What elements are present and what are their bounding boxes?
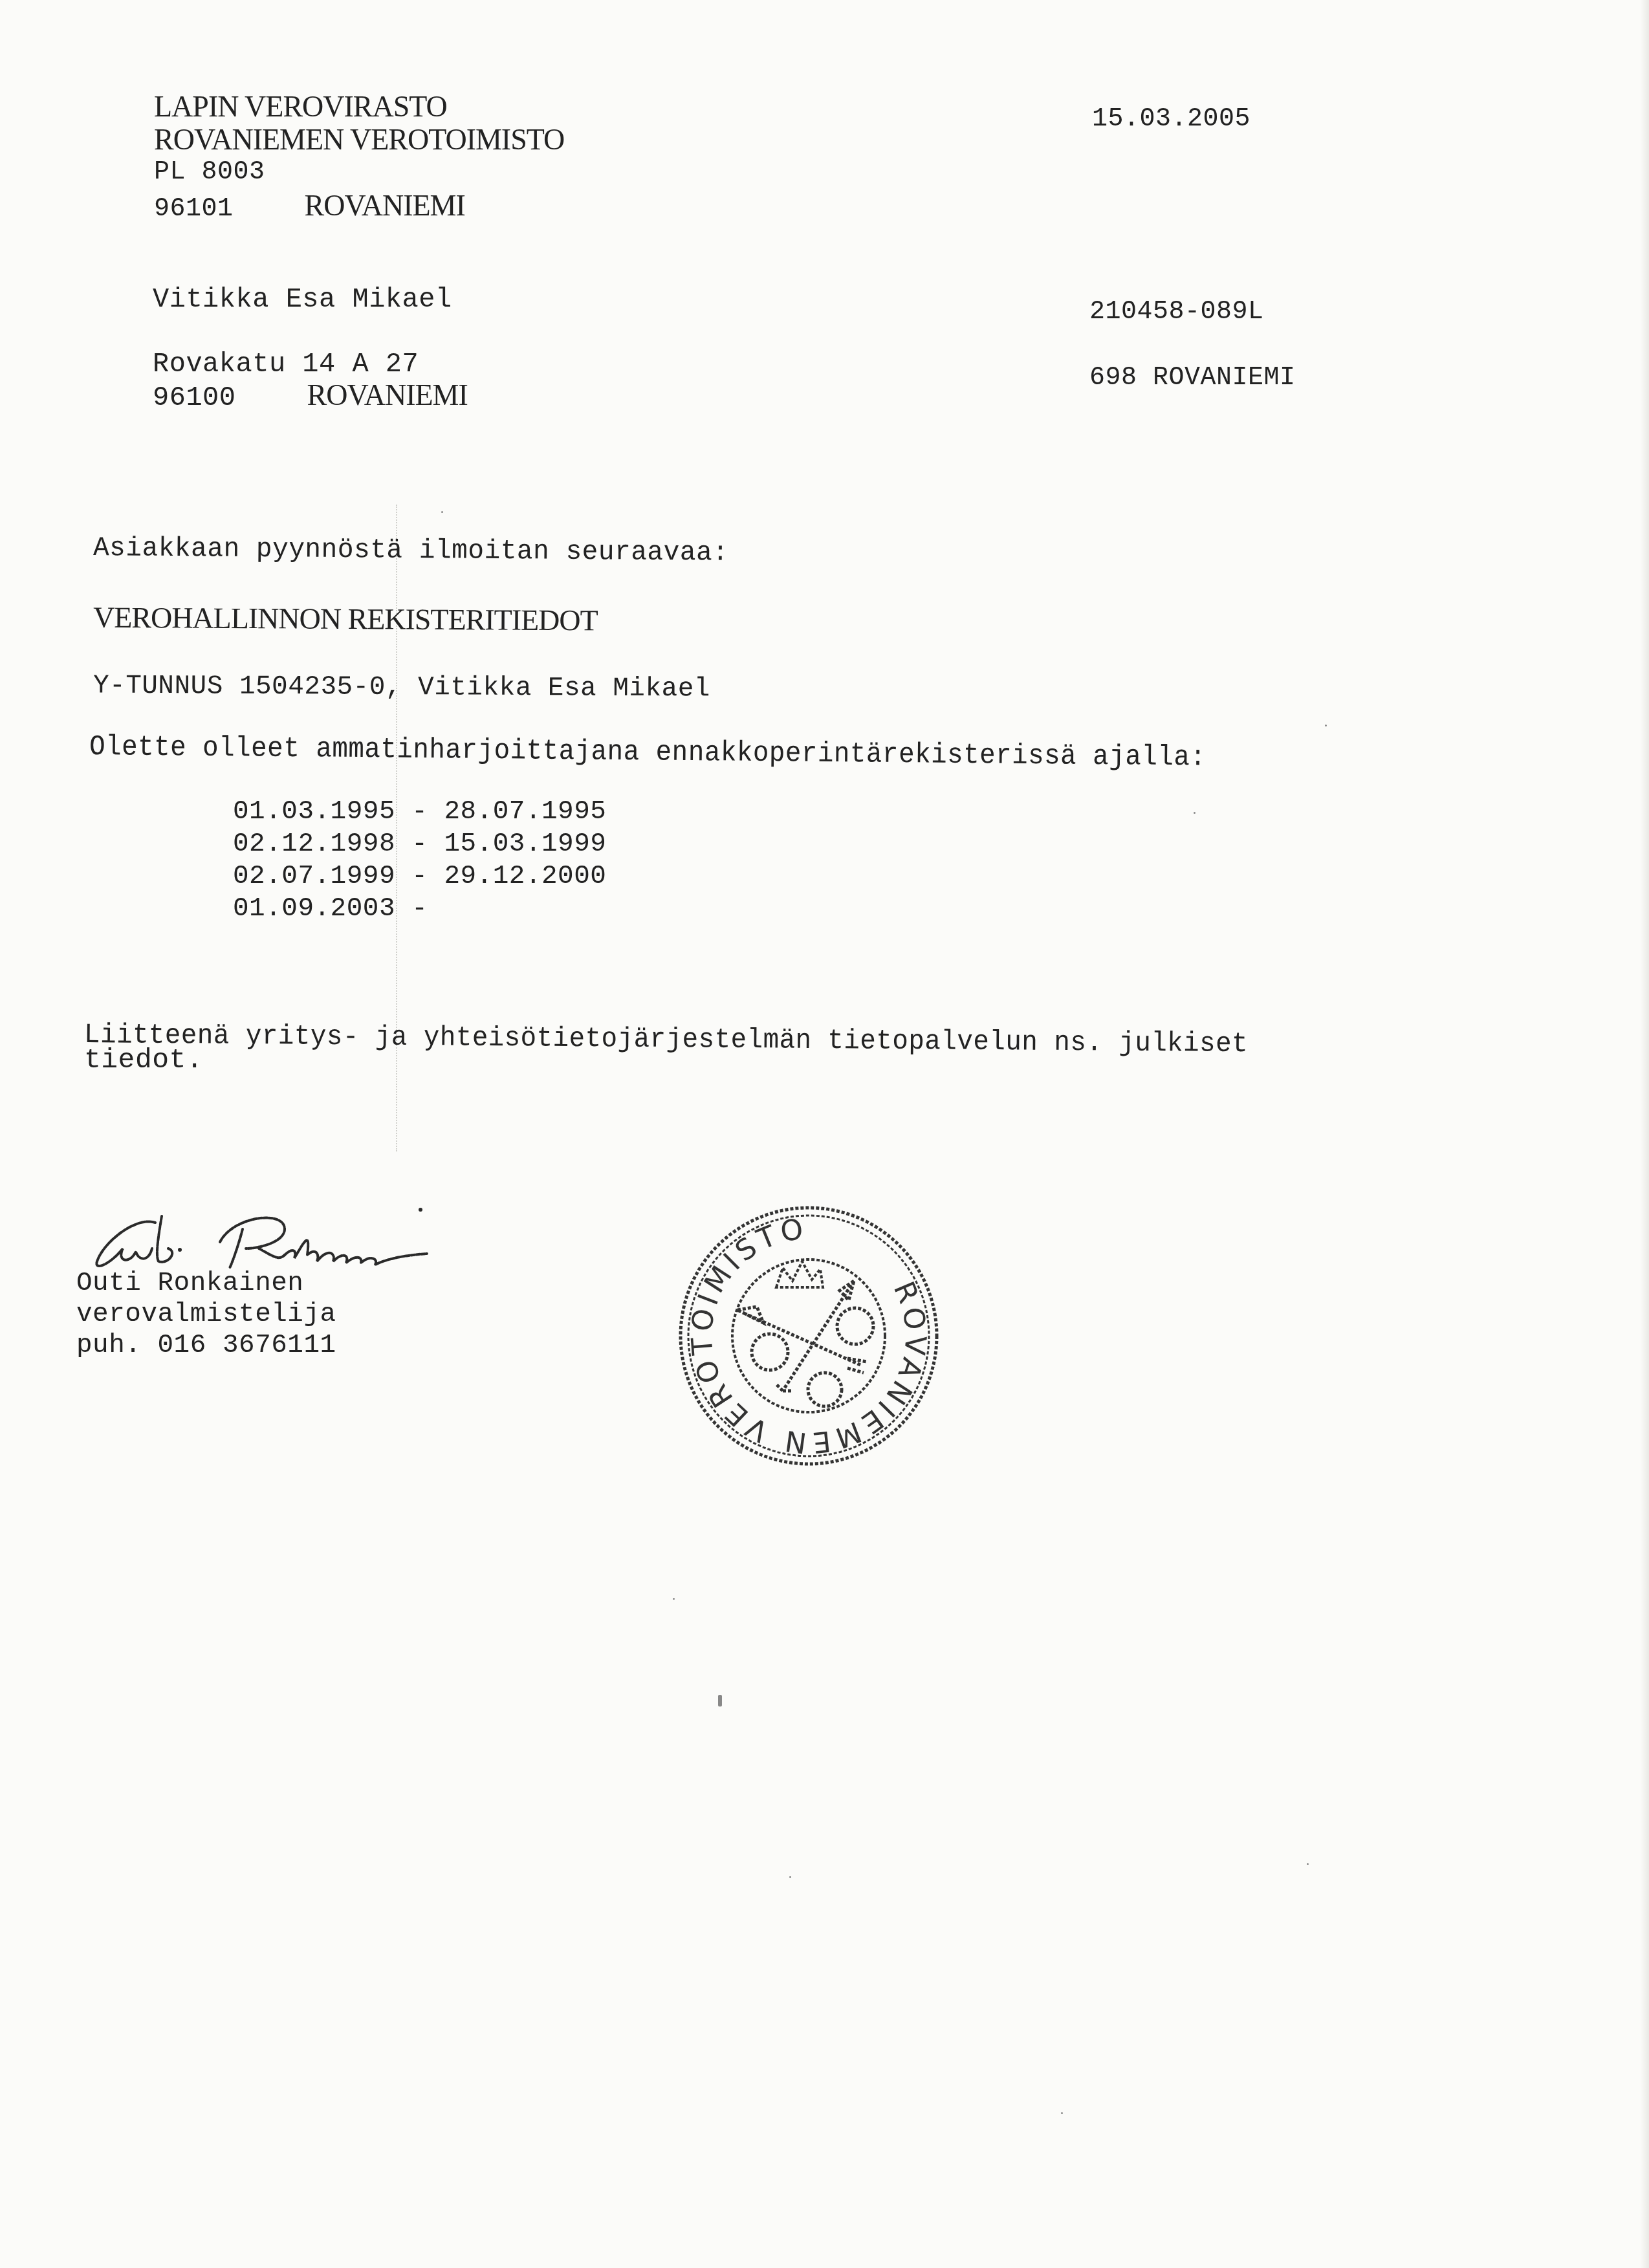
period-start: 02.07.1999 <box>233 862 395 891</box>
attachment-text-line1: Liitteenä yritys- ja yhteisötietojärjest… <box>84 1019 1249 1060</box>
sender-line: PL 8003 <box>154 157 564 189</box>
attachment-text-line2: tiedot. <box>84 1044 203 1076</box>
intro-text: Asiakkaan pyynnöstä ilmoitan seuraavaa: <box>93 532 729 569</box>
recipient-name: Vitikka Esa Mikael <box>153 283 452 316</box>
signer-name: Outi Ronkainen <box>76 1268 336 1299</box>
signer-phone: puh. 016 3676111 <box>76 1330 336 1361</box>
period-row: 01.03.1995 - 28.07.1995 <box>233 796 606 828</box>
period-separator: - <box>411 894 428 924</box>
scan-speck <box>441 511 443 513</box>
period-row: 02.07.1999 - 29.12.2000 <box>233 860 606 893</box>
registration-statement: Olette olleet ammatinharjoittajana ennak… <box>89 731 1207 774</box>
signature-block: Outi Ronkainen verovalmistelija puh. 016… <box>76 1268 336 1361</box>
recipient-municipality: 698 ROVANIEMI <box>1089 362 1296 395</box>
period-separator: - <box>411 797 428 827</box>
period-end: 15.03.1999 <box>444 829 606 859</box>
period-row: 02.12.1998 - 15.03.1999 <box>233 828 606 860</box>
scan-speck <box>1061 2112 1063 2114</box>
scan-speck <box>673 1598 675 1600</box>
tax-office-seal-icon: ROVANIEMEN VEROTOIMISTO <box>666 1197 951 1475</box>
sender-city: ROVANIEMI <box>305 189 465 222</box>
letter-date: 15.03.2005 <box>1092 104 1250 136</box>
period-row: 01.09.2003 - <box>233 893 606 925</box>
sender-postal-code: 96101 <box>154 195 234 224</box>
sender-address: LAPIN VEROVIRASTO ROVANIEMEN VEROTOIMIST… <box>154 91 564 226</box>
register-heading: VEROHALLINNON REKISTERITIEDOT <box>93 602 598 637</box>
period-separator: - <box>411 829 428 859</box>
recipient-postal-line: 96100ROVANIEMI <box>153 379 468 414</box>
recipient-street: Rovakatu 14 A 27 <box>153 348 419 380</box>
scan-speck <box>789 1876 791 1878</box>
scanned-letter: LAPIN VEROVIRASTO ROVANIEMEN VEROTOIMIST… <box>0 0 1649 2268</box>
period-end: 29.12.2000 <box>444 862 606 891</box>
scan-speck <box>1307 1863 1309 1865</box>
scan-speck <box>1325 725 1327 726</box>
scan-speck <box>718 1695 722 1706</box>
recipient-city: ROVANIEMI <box>307 378 468 411</box>
period-end: 28.07.1995 <box>444 797 606 827</box>
svg-text:ROVANIEMEN VEROTOIMISTO: ROVANIEMEN VEROTOIMISTO <box>666 1197 951 1475</box>
period-start: 01.03.1995 <box>233 797 395 827</box>
business-id-line: Y-TUNNUS 1504235-0, Vitikka Esa Mikael <box>93 670 710 706</box>
recipient-personal-id: 210458-089L <box>1089 296 1264 329</box>
scan-edge <box>1640 0 1649 2268</box>
sender-line: LAPIN VEROVIRASTO <box>154 91 564 123</box>
signer-title: verovalmistelija <box>76 1299 336 1330</box>
scan-speck <box>1194 812 1196 814</box>
period-start: 02.12.1998 <box>233 829 395 859</box>
sender-line: ROVANIEMEN VEROTOIMISTO <box>154 123 564 157</box>
stamp-text: ROVANIEMEN VEROTOIMISTO <box>666 1197 951 1475</box>
registration-periods: 01.03.1995 - 28.07.1995 02.12.1998 - 15.… <box>233 796 606 925</box>
sender-postal-line: 96101ROVANIEMI <box>154 189 564 226</box>
municipality-text: 698 ROVANIEMI <box>1089 364 1296 393</box>
period-separator: - <box>411 862 428 891</box>
period-start: 01.09.2003 <box>233 894 395 924</box>
recipient-postal-code: 96100 <box>153 382 236 413</box>
